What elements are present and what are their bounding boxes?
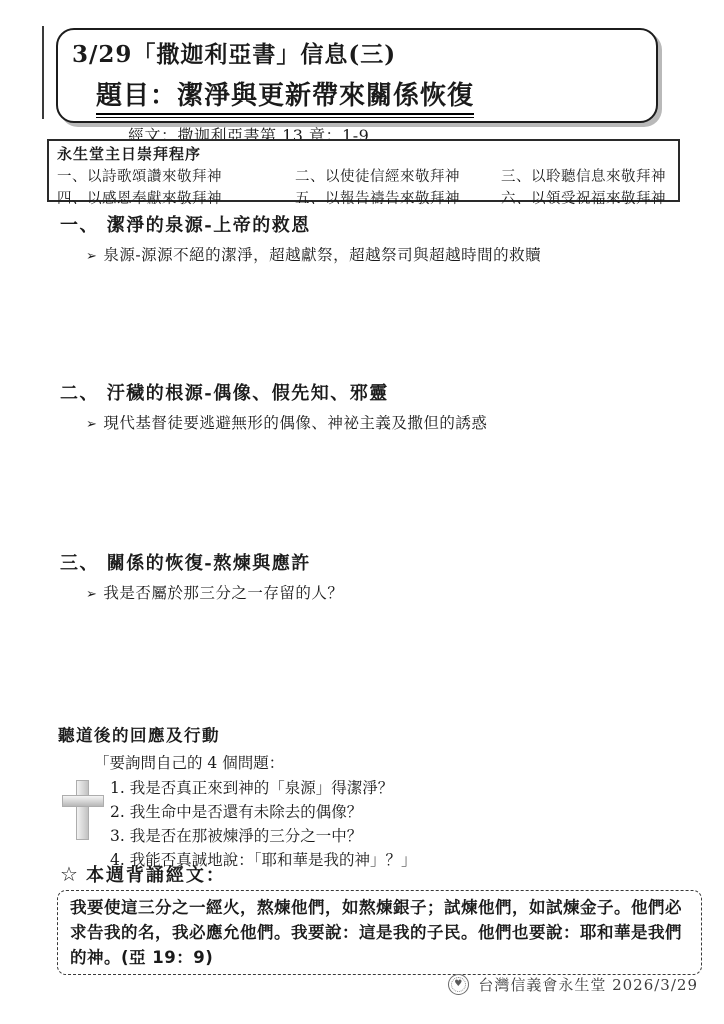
worship-item: 三、以聆聽信息來敬拜神 <box>501 165 670 186</box>
worship-order-box: 永生堂主日崇拜程序 一、以詩歌頌讚來敬拜神 二、以使徒信經來敬拜神 三、以聆聽信… <box>47 139 680 202</box>
worship-order-header: 永生堂主日崇拜程序 <box>57 143 670 164</box>
star-icon: ☆ <box>60 862 80 886</box>
sermon-outline-page: 3/29「撒迦利亞書」信息(三) 題目：潔淨與更新帶來關係恢復 經文：撒迦利亞書… <box>0 0 724 1024</box>
church-seal-icon: ♥ <box>448 974 469 995</box>
worship-item: 六、以領受祝福來敬拜神 <box>501 187 670 208</box>
section-bullet: ➢現代基督徒要逃避無形的偶像、神祕主義及撒但的誘惑 <box>86 411 487 433</box>
section-heading: 一、 潔淨的泉源-上帝的救恩 <box>60 211 541 237</box>
sermon-series-title: 3/29「撒迦利亞書」信息(三) <box>72 36 644 69</box>
outline-section-2: 二、 汙穢的根源-偶像、假先知、邪靈 ➢現代基督徒要逃避無形的偶像、神祕主義及撒… <box>60 379 487 433</box>
question-list: 1. 我是否真正來到神的「泉源」得潔淨？ 2. 我生命中是否還有未除去的偶像？ … <box>110 776 658 872</box>
response-heading: 聽道後的回應及行動 <box>58 722 658 746</box>
title-box: 3/29「撒迦利亞書」信息(三) 題目：潔淨與更新帶來關係恢復 經文：撒迦利亞書… <box>56 28 658 123</box>
outline-section-3: 三、 關係的恢復-熬煉與應許 ➢我是否屬於那三分之一存留的人？ <box>60 549 343 603</box>
outline-section-1: 一、 潔淨的泉源-上帝的救恩 ➢泉源-源源不絕的潔淨，超越獻祭，超越祭司與超越時… <box>60 211 541 265</box>
section-heading: 二、 汙穢的根源-偶像、假先知、邪靈 <box>60 379 487 405</box>
question-item: 2. 我生命中是否還有未除去的偶像？ <box>110 800 658 824</box>
worship-item: 四、以感恩奉獻來敬拜神 <box>57 187 295 208</box>
section-heading: 三、 關係的恢復-熬煉與應許 <box>60 549 343 575</box>
question-item: 3. 我是否在那被煉淨的三分之一中？ <box>110 824 658 848</box>
worship-order-list: 一、以詩歌頌讚來敬拜神 二、以使徒信經來敬拜神 三、以聆聽信息來敬拜神 四、以感… <box>57 165 670 208</box>
memory-verse-box: 我要使這三分之一經火，熬煉他們，如熬煉銀子；試煉他們，如試煉金子。他們必求告我的… <box>57 890 702 975</box>
page-footer: ♥ 台灣信義會永生堂 2026/3/29 <box>448 974 698 995</box>
worship-item: 五、以報告禱告來敬拜神 <box>295 187 501 208</box>
section-bullet: ➢我是否屬於那三分之一存留的人？ <box>86 581 343 603</box>
section-bullet: ➢泉源-源源不絕的潔淨，超越獻祭，超越祭司與超越時間的救贖 <box>86 243 541 265</box>
arrow-bullet-icon: ➢ <box>86 587 97 602</box>
response-block: 聽道後的回應及行動 「要詢問自己的 4 個問題： 1. 我是否真正來到神的「泉源… <box>58 722 658 872</box>
memory-verse-heading: ☆ 本週背誦經文： <box>60 861 226 887</box>
worship-item: 一、以詩歌頌讚來敬拜神 <box>57 165 295 186</box>
memory-verse-text: 我要使這三分之一經火，熬煉他們，如熬煉銀子；試煉他們，如試煉金子。他們必求告我的… <box>70 898 682 967</box>
arrow-bullet-icon: ➢ <box>86 249 97 264</box>
response-intro: 「要詢問自己的 4 個問題： <box>94 751 658 773</box>
worship-item: 二、以使徒信經來敬拜神 <box>295 165 501 186</box>
cross-icon <box>62 780 104 840</box>
sermon-topic: 題目：潔淨與更新帶來關係恢復 <box>96 75 474 115</box>
footer-text: 台灣信義會永生堂 2026/3/29 <box>478 974 698 995</box>
question-item: 1. 我是否真正來到神的「泉源」得潔淨？ <box>110 776 658 800</box>
arrow-bullet-icon: ➢ <box>86 417 97 432</box>
